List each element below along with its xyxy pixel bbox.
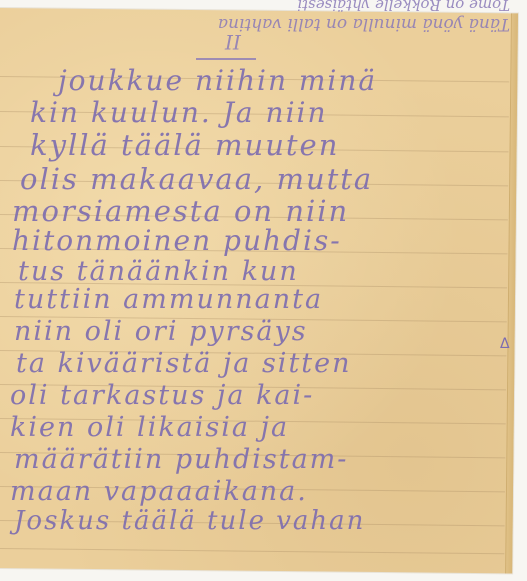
text-line-10: ta kivääristä ja sitten bbox=[16, 348, 352, 379]
text-line-4: olis makaavaa, mutta bbox=[20, 162, 373, 196]
text-line-5: morsiamesta on niin bbox=[12, 194, 349, 228]
text-line-14: maan vapaaaikana. bbox=[10, 476, 308, 507]
upside-down-header-line-1: Tänä yönä minulla on talli vahtina bbox=[20, 14, 510, 34]
text-line-7: tus tänäänkin kun bbox=[18, 256, 299, 287]
text-line-13: määrätiin puhdistam- bbox=[14, 444, 348, 475]
margin-triangle-mark: Δ bbox=[500, 336, 510, 352]
text-line-2: kin kuulun. Ja niin bbox=[30, 96, 328, 129]
text-line-6: hitonmoinen puhdis- bbox=[12, 224, 342, 257]
upside-down-header-line-2: Tome on Rokkelle yhtäisesti bbox=[160, 0, 510, 14]
text-line-12: kien oli likaisia ja bbox=[10, 412, 289, 443]
roman-numeral: II bbox=[225, 30, 241, 54]
text-line-15: Joskus täälä tule vahan bbox=[14, 506, 365, 536]
text-line-3: kyllä täälä muuten bbox=[30, 128, 339, 162]
text-line-1: joukkue niihin minä bbox=[58, 64, 377, 97]
ruled-line bbox=[0, 548, 504, 554]
numeral-underline bbox=[196, 58, 256, 60]
text-line-11: oli tarkastus ja kai- bbox=[10, 380, 314, 411]
text-line-8: tuttiin ammunnanta bbox=[14, 284, 323, 315]
text-line-9: niin oli ori pyrsäys bbox=[14, 316, 308, 347]
